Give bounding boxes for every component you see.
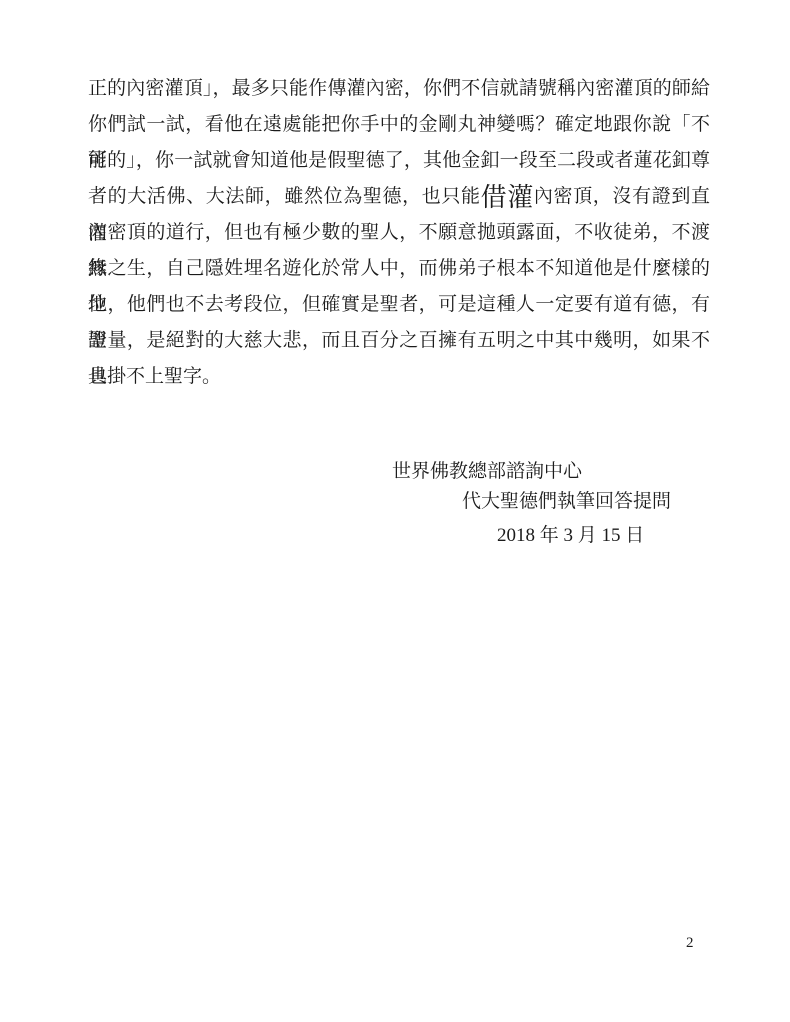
- text-line: 正的內密灌頂」，最多只能作傳灌內密，你們不信就請號稱內密灌頂的師給: [88, 71, 710, 107]
- text-line: 你們試一試，看他在遠處能把你手中的金剛丸神變嗎？確定地跟你說「不可: [88, 107, 710, 143]
- text-line: 也掛不上聖字。: [88, 359, 710, 395]
- text-line: 能的」，你一試就會知道他是假聖德了，其他金釦一段至二段或者蓮花釦尊: [88, 143, 710, 179]
- emphasized-text: 借灌: [481, 183, 534, 212]
- text-line: 緣之生，自己隱姓埋名遊化於常人中，而佛弟子根本不知道他是什麼樣的地: [88, 251, 710, 287]
- text-line: 內密頂的道行，但也有極少數的聖人，不願意拋頭露面，不收徒弟，不渡無: [88, 215, 710, 251]
- body-text: 正的內密灌頂」，最多只能作傳灌內密，你們不信就請號稱內密灌頂的師給 你們試一試，…: [88, 71, 710, 395]
- text-line-emphasis: 者的大活佛、大法師，雖然位為聖德，也只能借灌內密頂，沒有證到直灌: [88, 179, 710, 215]
- text-line: 證量，是絕對的大慈大悲，而且百分之百擁有五明之中其中幾明，如果不具: [88, 323, 710, 359]
- text-line: 位，他們也不去考段位，但確實是聖者，可是這種人一定要有道有德，有聖: [88, 287, 710, 323]
- page-number: 2: [686, 933, 694, 953]
- signature-byline: 代大聖德們執筆回答提問: [462, 490, 671, 514]
- signature-organization: 世界佛教總部諮詢中心: [392, 460, 582, 484]
- text-segment: 者的大活佛、大法師，雖然位為聖德，也只能: [88, 186, 481, 207]
- document-page: 正的內密灌頂」，最多只能作傳灌內密，你們不信就請號稱內密灌頂的師給 你們試一試，…: [0, 0, 790, 1022]
- signature-date: 2018 年 3 月 15 日: [497, 524, 644, 548]
